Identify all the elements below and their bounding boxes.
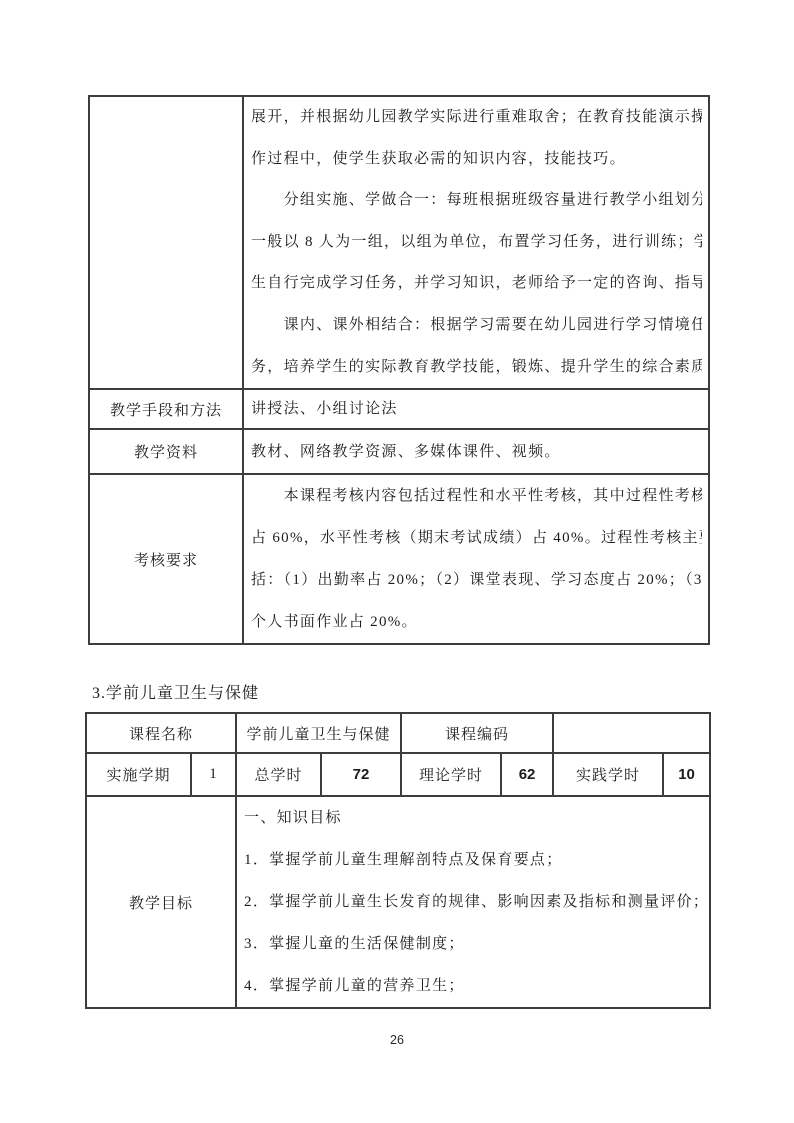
- empty-label-cell: [89, 96, 243, 389]
- theory-hours-label: 理论学时: [401, 753, 501, 796]
- table-row: 教学资料 教材、网络教学资源、多媒体课件、视频。: [89, 429, 709, 474]
- practice-hours-value: 10: [663, 753, 710, 796]
- text-line: 1．掌握学前儿童生理解剖特点及保育要点；: [244, 839, 703, 881]
- text-line: 2．掌握学前儿童生长发育的规律、影响因素及指标和测量评价；: [244, 881, 703, 923]
- text-line: 一、知识目标: [244, 797, 703, 839]
- text-line: 4．掌握学前儿童的营养卫生；: [244, 965, 703, 1007]
- teaching-means-value: 讲授法、小组讨论法: [243, 389, 709, 429]
- teaching-means-label: 教学手段和方法: [89, 389, 243, 429]
- text-line: 括：（1）出勤率占 20%；（2）课堂表现、学习态度占 20%；（3）: [251, 559, 702, 601]
- course-name-value: 学前儿童卫生与保健: [236, 713, 401, 753]
- practice-hours-label: 实践学时: [553, 753, 663, 796]
- table-row: 课程名称 学前儿童卫生与保健 课程编码: [86, 713, 710, 753]
- table-row: 考核要求 本课程考核内容包括过程性和水平性考核，其中过程性考核 占 60%，水平…: [89, 474, 709, 644]
- semester-value: 1: [191, 753, 236, 796]
- total-hours-value: 72: [321, 753, 401, 796]
- text-line: 分组实施、学做合一：每班根据班级容量进行教学小组划分，: [251, 180, 702, 222]
- semester-label: 实施学期: [86, 753, 191, 796]
- table-row: 教学目标 一、知识目标 1．掌握学前儿童生理解剖特点及保育要点； 2．掌握学前儿…: [86, 796, 710, 1008]
- teaching-objectives-cell: 一、知识目标 1．掌握学前儿童生理解剖特点及保育要点； 2．掌握学前儿童生长发育…: [236, 796, 710, 1008]
- text-line: 作过程中，使学生获取必需的知识内容，技能技巧。: [251, 139, 702, 181]
- text-line: 务，培养学生的实际教育教学技能，锻炼、提升学生的综合素质。: [251, 347, 702, 389]
- course-detail-table: 展开，并根据幼儿园教学实际进行重难取舍；在教育技能演示操 作过程中，使学生获取必…: [88, 95, 710, 645]
- text-line: 生自行完成学习任务，并学习知识，老师给予一定的咨询、指导。: [251, 263, 702, 305]
- total-hours-label: 总学时: [236, 753, 321, 796]
- table-row: 展开，并根据幼儿园教学实际进行重难取舍；在教育技能演示操 作过程中，使学生获取必…: [89, 96, 709, 389]
- text-line: 占 60%，水平性考核（期末考试成绩）占 40%。过程性考核主要包: [251, 517, 702, 559]
- assessment-requirements-cell: 本课程考核内容包括过程性和水平性考核，其中过程性考核 占 60%，水平性考核（期…: [243, 474, 709, 644]
- teaching-materials-label: 教学资料: [89, 429, 243, 474]
- theory-hours-value: 62: [501, 753, 553, 796]
- teaching-objectives-label: 教学目标: [86, 796, 236, 1008]
- text-line: 3．掌握儿童的生活保健制度；: [244, 923, 703, 965]
- table-row: 教学手段和方法 讲授法、小组讨论法: [89, 389, 709, 429]
- document-page: 展开，并根据幼儿园教学实际进行重难取舍；在教育技能演示操 作过程中，使学生获取必…: [0, 0, 794, 1123]
- text-line: 个人书面作业占 20%。: [251, 601, 702, 643]
- course-name-label: 课程名称: [86, 713, 236, 753]
- teaching-materials-value: 教材、网络教学资源、多媒体课件、视频。: [243, 429, 709, 474]
- assessment-requirements-label: 考核要求: [89, 474, 243, 644]
- page-number: 26: [0, 1033, 794, 1047]
- table-row: 实施学期 1 总学时 72 理论学时 62 实践学时 10: [86, 753, 710, 796]
- text-line: 本课程考核内容包括过程性和水平性考核，其中过程性考核: [251, 475, 702, 517]
- text-line: 课内、课外相结合：根据学习需要在幼儿园进行学习情境任: [251, 305, 702, 347]
- course-summary-table: 课程名称 学前儿童卫生与保健 课程编码 实施学期 1 总学时 72 理论学时 6…: [85, 712, 711, 1009]
- teaching-methods-continuation-cell: 展开，并根据幼儿园教学实际进行重难取舍；在教育技能演示操 作过程中，使学生获取必…: [243, 96, 709, 389]
- course-code-label: 课程编码: [401, 713, 553, 753]
- section-heading: 3.学前儿童卫生与保健: [92, 680, 259, 703]
- text-line: 一般以 8 人为一组，以组为单位，布置学习任务，进行训练；学: [251, 222, 702, 264]
- text-line: 展开，并根据幼儿园教学实际进行重难取舍；在教育技能演示操: [251, 97, 702, 139]
- course-code-value: [553, 713, 710, 753]
